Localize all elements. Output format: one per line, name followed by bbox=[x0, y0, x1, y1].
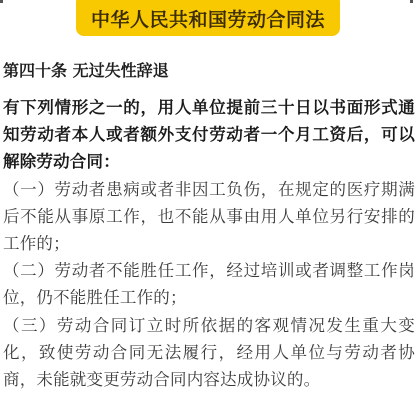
crop-artifact bbox=[0, 0, 3, 3]
article-body: 有下列情形之一的，用人单位提前三十日以书面形式通知劳动者本人或者额外支付劳动者一… bbox=[3, 94, 415, 393]
article-heading: 第四十条 无过失性辞退 bbox=[3, 58, 169, 81]
article-item-3: （三）劳动合同订立时所依据的客观情况发生重大变化，致使劳动合同无法履行，经用人单… bbox=[3, 312, 415, 394]
crop-artifact bbox=[410, 0, 413, 3]
law-title: 中华人民共和国劳动合同法 bbox=[91, 5, 325, 32]
article-intro: 有下列情形之一的，用人单位提前三十日以书面形式通知劳动者本人或者额外支付劳动者一… bbox=[3, 94, 415, 176]
article-item-2: （二）劳动者不能胜任工作，经过培训或者调整工作岗位，仍不能胜任工作的； bbox=[3, 257, 415, 311]
article-item-1: （一）劳动者患病或者非因工负伤，在规定的医疗期满后不能从事原工作，也不能从事由用… bbox=[3, 176, 415, 258]
title-banner: 中华人民共和国劳动合同法 bbox=[76, 0, 340, 36]
